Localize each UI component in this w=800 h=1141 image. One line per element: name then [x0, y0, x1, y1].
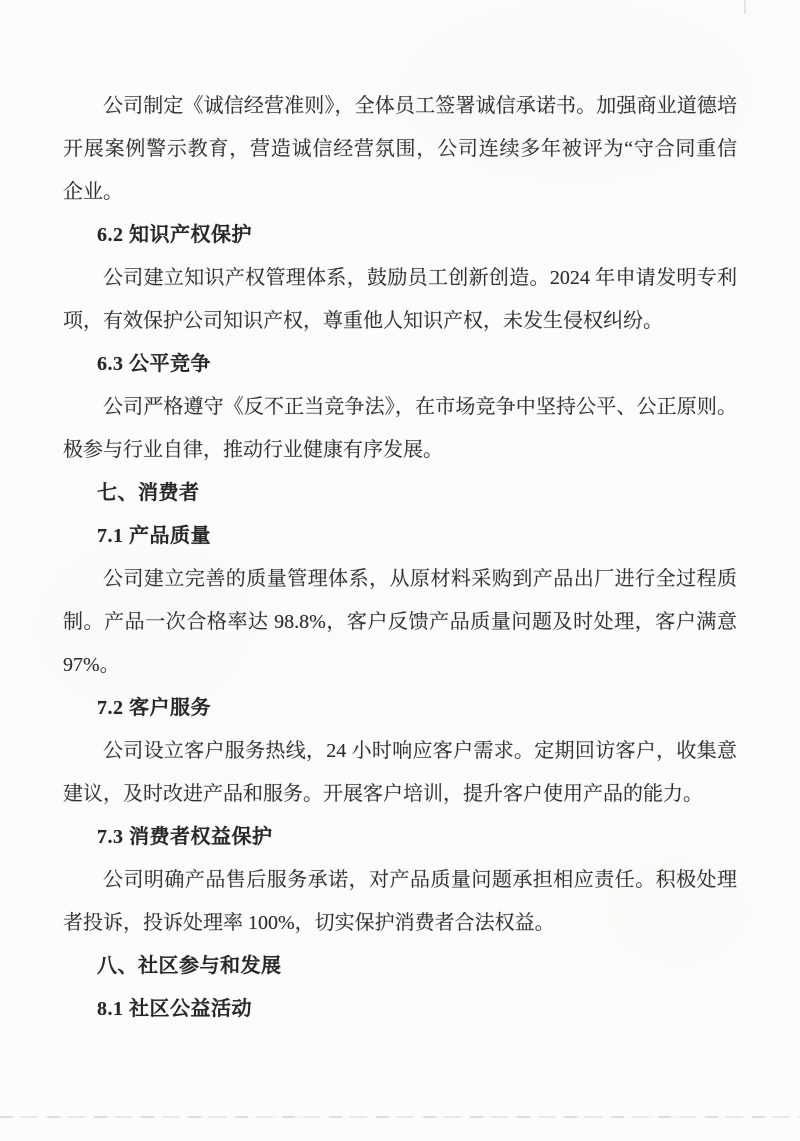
section-heading: 7.2 客户服务 — [63, 687, 737, 730]
text-line: 公司制定《诚信经营准则》，全体员工签署诚信承诺书。加强商业道德培训， — [63, 85, 737, 128]
text-line: 者投诉，投诉处理率 100%，切实保护消费者合法权益。 — [63, 902, 737, 945]
scan-artifact-bottom-line — [0, 1116, 800, 1118]
section-heading: 七、消费者 — [63, 472, 737, 515]
section-heading: 6.3 公平竞争 — [63, 343, 737, 386]
text-line: 制。产品一次合格率达 98.8%，客户反馈产品质量问题及时处理，客户满意度达 — [63, 601, 737, 644]
text-line: 公司明确产品售后服务承诺，对产品质量问题承担相应责任。积极处理消费 — [63, 859, 737, 902]
scanned-document-page: 公司制定《诚信经营准则》，全体员工签署诚信承诺书。加强商业道德培训，开展案例警示… — [0, 0, 800, 1141]
text-line: 公司建立知识产权管理体系，鼓励员工创新创造。2024 年申请发明专利 3 — [63, 257, 737, 300]
paragraph: 公司严格遵守《反不正当竞争法》，在市场竞争中坚持公平、公正原则。积极参与行业自律… — [63, 386, 737, 472]
paragraph: 公司明确产品售后服务承诺，对产品质量问题承担相应责任。积极处理消费者投诉，投诉处… — [63, 859, 737, 945]
text-line: 公司设立客户服务热线，24 小时响应客户需求。定期回访客户，收集意见 — [63, 730, 737, 773]
text-line: 建议，及时改进产品和服务。开展客户培训，提升客户使用产品的能力。 — [63, 773, 737, 816]
text-content: 公司制定《诚信经营准则》，全体员工签署诚信承诺书。加强商业道德培训，开展案例警示… — [63, 85, 737, 1031]
text-line: 公司建立完善的质量管理体系，从原材料采购到产品出厂进行全过程质量控 — [63, 558, 737, 601]
section-heading: 八、社区参与和发展 — [63, 945, 737, 988]
section-heading: 7.3 消费者权益保护 — [63, 816, 737, 859]
paragraph: 公司制定《诚信经营准则》，全体员工签署诚信承诺书。加强商业道德培训，开展案例警示… — [63, 85, 737, 214]
paragraph: 公司建立完善的质量管理体系，从原材料采购到产品出厂进行全过程质量控制。产品一次合… — [63, 558, 737, 687]
text-line: 项，有效保护公司知识产权，尊重他人知识产权，未发生侵权纠纷。 — [63, 300, 737, 343]
text-line: 97%。 — [63, 644, 737, 687]
text-line: 企业。 — [63, 171, 737, 214]
section-heading: 8.1 社区公益活动 — [63, 988, 737, 1031]
paragraph: 公司设立客户服务热线，24 小时响应客户需求。定期回访客户，收集意见建议，及时改… — [63, 730, 737, 816]
scan-artifact-top-right — [744, 0, 746, 14]
text-line: 开展案例警示教育，营造诚信经营氛围，公司连续多年被评为“守合同重信用” — [63, 128, 737, 171]
text-line: 极参与行业自律，推动行业健康有序发展。 — [63, 429, 737, 472]
text-line: 公司严格遵守《反不正当竞争法》，在市场竞争中坚持公平、公正原则。积 — [63, 386, 737, 429]
section-heading: 7.1 产品质量 — [63, 515, 737, 558]
paragraph: 公司建立知识产权管理体系，鼓励员工创新创造。2024 年申请发明专利 3项，有效… — [63, 257, 737, 343]
section-heading: 6.2 知识产权保护 — [63, 214, 737, 257]
